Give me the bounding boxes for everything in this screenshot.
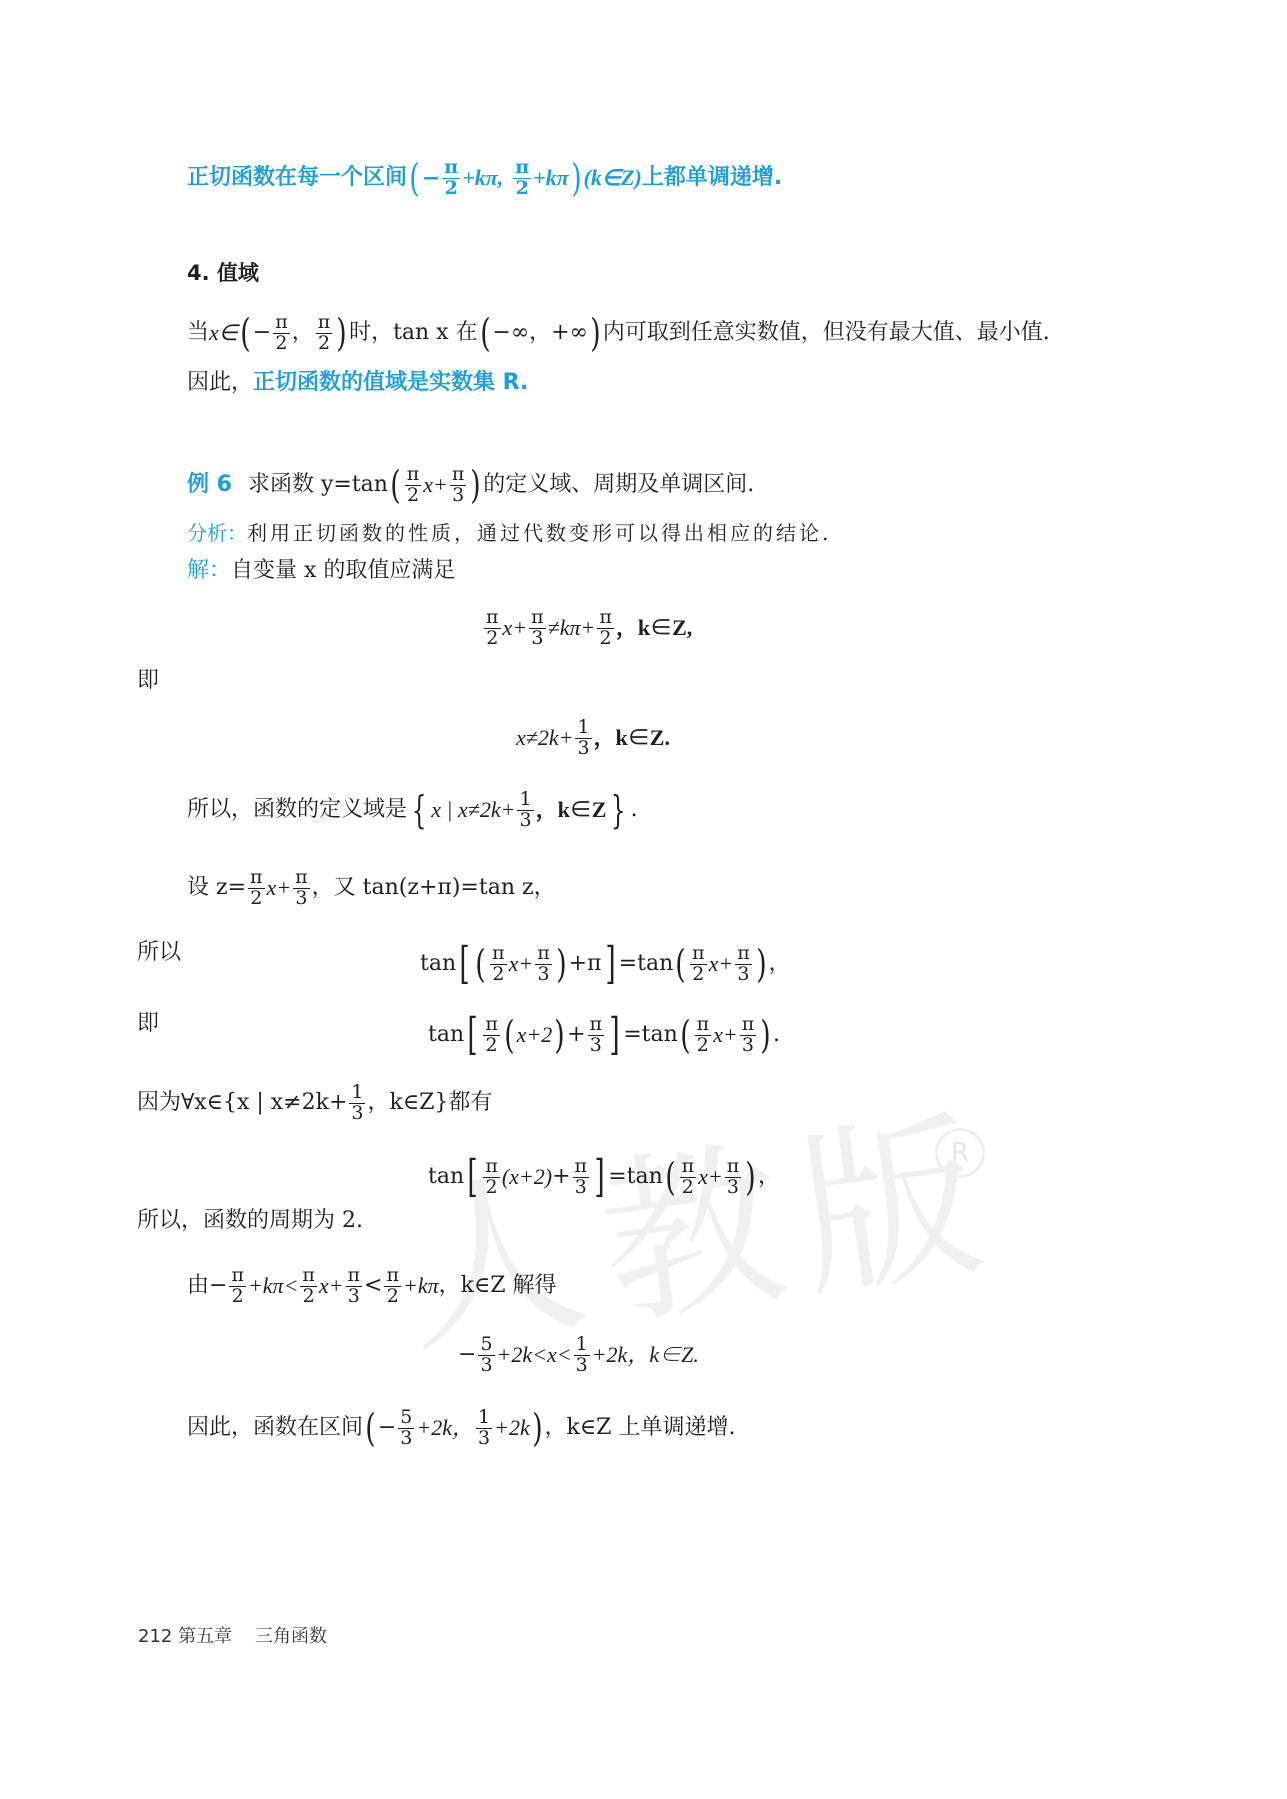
fraction: 13 bbox=[517, 790, 533, 831]
fraction: π2 bbox=[273, 313, 290, 354]
range-paragraph: 当 x∈ ( − π2 ， π2 ) 时，tan x 在 ( −∞，+∞ ) 内… bbox=[187, 313, 1050, 354]
suoyi-label: 所以 bbox=[137, 942, 181, 964]
minus: − bbox=[253, 322, 271, 344]
text: ，k∈Z 解得 bbox=[439, 1275, 557, 1297]
highlight-text: 正切函数的值域是实数集 R. bbox=[253, 372, 528, 394]
text: x∈ bbox=[209, 322, 238, 344]
fraction: π2 bbox=[597, 608, 614, 649]
text: 上都单调递增. bbox=[642, 167, 782, 189]
page-footer: 212 第五章 三角函数 bbox=[138, 1622, 327, 1648]
text: ，k∈Z 上单调递增. bbox=[545, 1417, 736, 1439]
fraction: π3 bbox=[529, 608, 546, 649]
var: x+ bbox=[267, 877, 292, 899]
text: −∞，+∞ bbox=[492, 322, 588, 344]
text: 正切函数在每一个区间 bbox=[187, 167, 407, 189]
paren-open: ( bbox=[390, 466, 400, 504]
fraction: π2 bbox=[300, 1266, 317, 1307]
fraction: π2 bbox=[229, 1266, 246, 1307]
minus: − bbox=[422, 167, 440, 189]
because-line: 因为∀x∈{x | x≠2k+ 13 ，k∈Z}都有 bbox=[137, 1083, 492, 1124]
example-question: 例 6 求函数 y=tan ( π2 x+ π3 ) 的定义域、周期及单调区间. bbox=[187, 465, 754, 506]
fraction: π2 bbox=[248, 868, 265, 909]
fraction: π3 bbox=[293, 868, 310, 909]
comma: ， bbox=[292, 322, 314, 344]
fraction: π2 bbox=[680, 1157, 697, 1198]
text: x≠2k+ bbox=[516, 727, 573, 749]
paren-open: ( bbox=[409, 159, 419, 197]
text: 内可取到任意实数值，但没有最大值、最小值. bbox=[603, 322, 1050, 344]
fraction: π2 bbox=[513, 158, 531, 199]
fraction: π3 bbox=[450, 465, 467, 506]
equation-1: π2 x+ π3 ≠kπ+ π2 ，k∈Z, bbox=[482, 608, 692, 649]
example-label: 例 6 bbox=[187, 474, 232, 496]
equation-3: tan [ ( π2 x+ π3 ) +π ] =tan ( π2 x+ π3 … bbox=[420, 942, 791, 986]
fraction: π2 bbox=[442, 158, 460, 199]
equation-2: x≠2k+ 13 ，k∈Z. bbox=[516, 718, 670, 759]
text: ，k∈Z. bbox=[594, 727, 670, 749]
fraction: 13 bbox=[349, 1083, 365, 1124]
text: ≠kπ+ bbox=[548, 617, 596, 639]
fraction: π2 bbox=[405, 465, 422, 506]
fraction: π2 bbox=[483, 1015, 500, 1056]
bracket-open: [ bbox=[460, 942, 470, 986]
equation-4: tan [ π2 (x+2) + π3 ] =tan ( π2 x+ π3 ). bbox=[428, 1013, 780, 1057]
solution-line: 解： 自变量 x 的取值应满足 bbox=[187, 560, 455, 582]
fraction: π2 bbox=[490, 944, 507, 985]
text: 的定义域、周期及单调区间. bbox=[483, 474, 754, 496]
text: 因此，函数在区间 bbox=[187, 1417, 363, 1439]
ji-label-2: 即 bbox=[137, 1013, 159, 1035]
paren-open: ( bbox=[240, 314, 250, 352]
text: ，又 tan(z+π)=tan z， bbox=[312, 877, 556, 899]
chapter-title: 三角函数 bbox=[255, 1626, 327, 1647]
fraction: π2 bbox=[690, 944, 707, 985]
var: x+ bbox=[423, 474, 448, 496]
paren-open: ( bbox=[480, 314, 490, 352]
fraction: π2 bbox=[316, 313, 333, 354]
brace-close: } bbox=[611, 791, 626, 829]
domain-line: 所以，函数的定义域是 { x | x≠2k+ 13 ，k∈Z } . bbox=[187, 790, 638, 831]
page-number: 212 bbox=[138, 1626, 172, 1647]
interval-conclusion: 因此，函数在区间 ( − 53 +2k， 13 +2k ) ，k∈Z 上单调递增… bbox=[187, 1408, 735, 1449]
inequality-line: 由− π2 +kπ< π2 x+ π3 < π2 +kπ ，k∈Z 解得 bbox=[187, 1266, 557, 1307]
substitution-line: 设 z= π2 x+ π3 ，又 tan(z+π)=tan z， bbox=[187, 868, 556, 909]
text: ，k∈Z, bbox=[616, 617, 692, 639]
paren-open: ( bbox=[476, 945, 486, 983]
text: 求函数 y=tan bbox=[248, 474, 388, 496]
fraction: 13 bbox=[575, 718, 591, 759]
text: 因为∀x∈{x | x≠2k+ bbox=[137, 1092, 347, 1114]
text: 所以，函数的定义域是 bbox=[187, 799, 407, 821]
paren-close: ) bbox=[336, 314, 346, 352]
solution-label: 解： bbox=[187, 560, 231, 582]
fraction: π3 bbox=[535, 944, 552, 985]
text: 由− bbox=[187, 1275, 227, 1297]
fraction: 13 bbox=[476, 1408, 492, 1449]
text: x | x≠2k+ bbox=[431, 799, 515, 821]
ji-label: 即 bbox=[137, 670, 159, 692]
analysis-line: 分析： 利用正切函数的性质，通过代数变形可以得出相应的结论. bbox=[187, 523, 831, 543]
var: x+ bbox=[503, 617, 528, 639]
paren-close: ) bbox=[571, 159, 581, 197]
range-conclusion: 因此， 正切函数的值域是实数集 R. bbox=[187, 372, 528, 394]
text: +kπ, bbox=[462, 167, 503, 189]
section-heading: 4. 值域 bbox=[187, 263, 259, 284]
text: 自变量 x 的取值应满足 bbox=[231, 560, 455, 582]
fraction: π3 bbox=[740, 1015, 757, 1056]
analysis-label: 分析： bbox=[187, 523, 247, 543]
period: . bbox=[631, 799, 638, 821]
fraction: 13 bbox=[574, 1335, 590, 1376]
text: ，k∈Z bbox=[536, 799, 607, 821]
paren-close: ) bbox=[590, 314, 600, 352]
condition: (k∈Z) bbox=[584, 167, 642, 189]
text: 时，tan x 在 bbox=[349, 322, 478, 344]
text: 当 bbox=[187, 322, 209, 344]
chapter-label: 第五章 bbox=[178, 1626, 232, 1647]
fraction: π3 bbox=[735, 944, 752, 985]
paren-close: ) bbox=[471, 466, 481, 504]
period-conclusion: 所以，函数的周期为 2. bbox=[137, 1210, 363, 1232]
registered-mark-icon: R bbox=[935, 1128, 985, 1178]
bracket-close: ] bbox=[605, 942, 615, 986]
fraction: 53 bbox=[478, 1335, 494, 1376]
paren-close: ) bbox=[556, 945, 566, 983]
text: 利用正切函数的性质，通过代数变形可以得出相应的结论. bbox=[247, 523, 831, 543]
solved-inequality: − 53 +2k<x< 13 +2k，k∈Z. bbox=[458, 1335, 699, 1376]
fraction: π2 bbox=[695, 1015, 712, 1056]
fraction: 53 bbox=[398, 1408, 414, 1449]
fraction: π3 bbox=[588, 1015, 605, 1056]
equation-5: tan [ π2 (x+2) + π3 ] =tan ( π2 x+ π3 )， bbox=[428, 1155, 780, 1199]
fraction: π3 bbox=[573, 1157, 590, 1198]
fraction: π2 bbox=[483, 1157, 500, 1198]
text: 因此， bbox=[187, 372, 253, 394]
text: +kπ bbox=[533, 167, 569, 189]
brace-open: { bbox=[412, 791, 427, 829]
fraction: π3 bbox=[346, 1266, 363, 1307]
fraction: π2 bbox=[484, 608, 501, 649]
fraction: π2 bbox=[384, 1266, 401, 1307]
text: ，k∈Z}都有 bbox=[367, 1092, 492, 1114]
text: +2k，k∈Z. bbox=[592, 1344, 699, 1366]
text: 设 z= bbox=[187, 877, 246, 899]
fraction: π3 bbox=[725, 1157, 742, 1198]
monotonic-conclusion: 正切函数在每一个区间 ( − π2 +kπ, π2 +kπ ) (k∈Z) 上都… bbox=[187, 158, 782, 199]
